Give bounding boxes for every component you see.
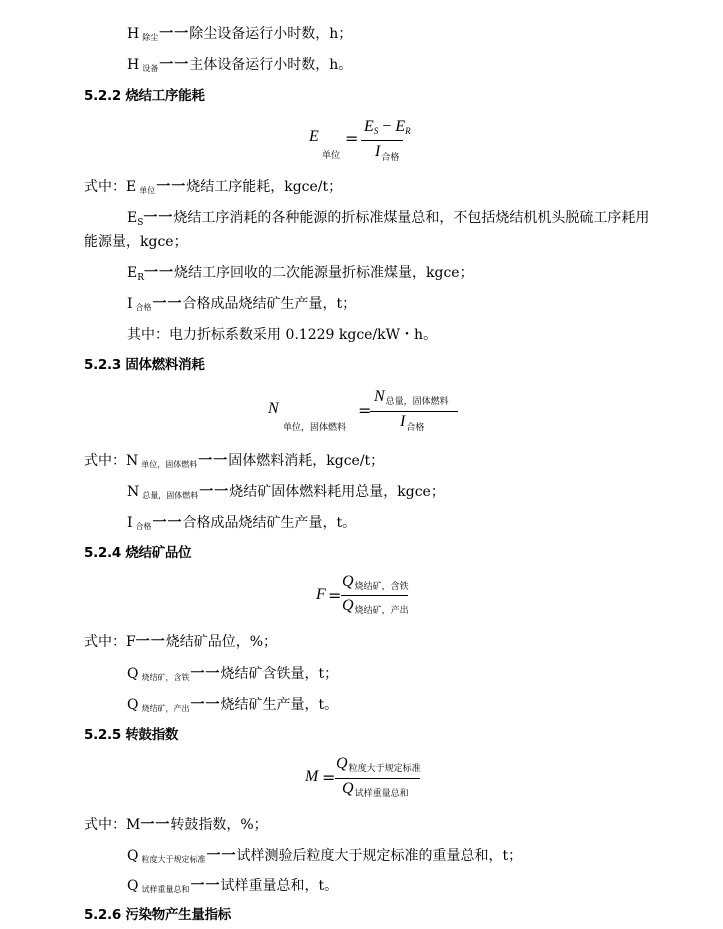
fraction-bar: [335, 778, 420, 779]
formula-lhs: N: [268, 400, 279, 418]
subscript: 试样重量总和: [141, 885, 189, 894]
formula-lhs: F: [316, 586, 326, 604]
def-n-total: N总量，固体燃料一一烧结矿固体燃料耗用总量，kgce；: [127, 483, 445, 505]
formula-num: ES − ER: [364, 118, 411, 136]
subscript: 单位: [139, 186, 155, 195]
section-heading-5-2-3: 5.2.3 固体燃料消耗: [84, 356, 205, 374]
den-sub: 试样重量总和: [355, 788, 409, 798]
fraction-bar: [370, 411, 458, 412]
definition-text: 烧结矿固体燃料耗用总量，kgce；: [229, 484, 445, 500]
prefix: 式中：: [84, 817, 126, 833]
dash: 一一: [159, 57, 189, 73]
definition-text: 试样重量总和，t。: [220, 878, 338, 894]
definition-text: 烧结矿含铁量，t；: [220, 666, 338, 682]
subscript: 烧结矿，含铁: [141, 673, 189, 682]
definition-text: 烧结工序回收的二次能源量折标准煤量，kgce；: [174, 265, 474, 281]
def-i-qualified-2: I合格一一合格成品烧结矿生产量，t。: [127, 514, 356, 536]
subscript: 粒度大于规定标准: [141, 855, 205, 864]
symbol: Q: [127, 878, 138, 894]
fraction-bar: [341, 595, 408, 596]
dash: 一一: [136, 634, 166, 650]
symbol: N: [126, 453, 138, 469]
num: Q: [336, 755, 348, 772]
dash: 一一: [140, 817, 170, 833]
symbol: I: [127, 296, 133, 312]
def-h-dust: H除尘一一除尘设备运行小时数，h；: [127, 25, 352, 47]
note-power-coefficient: 其中：电力折标系数采用 0.1229 kgce/kW・h。: [127, 326, 437, 344]
definition-text: 烧结工序能耗，kgce/t；: [186, 179, 342, 195]
num-b-sub: R: [405, 126, 411, 136]
definition-text: 除尘设备运行小时数，h；: [189, 26, 352, 42]
den: Q: [342, 780, 354, 797]
formula-num: Q烧结矿，含铁: [342, 573, 409, 592]
den: Q: [342, 597, 354, 614]
symbol: Q: [127, 666, 138, 682]
subscript: 合格: [136, 303, 152, 312]
symbol: I: [127, 515, 133, 531]
symbol: M: [126, 817, 140, 833]
symbol: Q: [127, 697, 138, 713]
def-e-s-continued: 能源量，kgce；: [84, 233, 188, 251]
def-q-sample-total: Q试样重量总和一一试样重量总和，t。: [127, 877, 338, 899]
definition-text: 主体设备运行小时数，h。: [189, 57, 352, 73]
dash: 一一: [144, 265, 174, 281]
prefix: 式中：: [84, 453, 126, 469]
formula-num: N总量，固体燃料: [374, 388, 449, 407]
dash: 一一: [190, 697, 220, 713]
definition-text: 试样测验后粒度大于规定标准的重量总和，t；: [236, 848, 522, 864]
dash: 一一: [143, 210, 173, 226]
def-m: 式中：M一一转鼓指数，%；: [84, 816, 268, 834]
num-sub: 烧结矿，含铁: [355, 581, 409, 591]
subscript: 单位，固体燃料: [141, 460, 197, 469]
num-a: E: [364, 118, 374, 135]
num-sub: 粒度大于规定标准: [349, 763, 421, 773]
formula-equals: =: [345, 129, 358, 148]
symbol: E: [127, 265, 137, 281]
def-e-s: ES一一烧结工序消耗的各种能源的折标准煤量总和，不包括烧结机机头脱硫工序耗用: [127, 209, 649, 232]
symbol: E: [127, 210, 137, 226]
def-i-qualified: I合格一一合格成品烧结矿生产量，t；: [127, 295, 356, 317]
subscript: 设备: [142, 64, 158, 73]
symbol: E: [126, 179, 136, 195]
num: Q: [342, 573, 354, 590]
definition-text: 转鼓指数，%；: [170, 817, 267, 833]
dash: 一一: [153, 515, 183, 531]
formula-den: Q试样重量总和: [342, 780, 409, 799]
dash: 一一: [156, 179, 186, 195]
definition-text: 烧结矿生产量，t。: [220, 697, 338, 713]
num-sub: 总量，固体燃料: [386, 396, 449, 406]
def-n-unit: 式中：N单位，固体燃料一一固体燃料消耗，kgce/t；: [84, 452, 384, 474]
fraction-bar: [361, 140, 403, 141]
formula-equals: =: [322, 768, 335, 787]
prefix: 式中：: [84, 634, 126, 650]
symbol: H: [127, 57, 139, 73]
def-q-oversize: Q粒度大于规定标准一一试样测验后粒度大于规定标准的重量总和，t；: [127, 847, 522, 869]
formula-lhs-sub: 单位: [322, 148, 340, 161]
symbol: N: [127, 484, 139, 500]
dash: 一一: [206, 848, 236, 864]
subscript: R: [137, 273, 144, 283]
den-sub: 合格: [381, 152, 399, 162]
num-a-sub: S: [374, 126, 379, 136]
den: I: [400, 413, 405, 430]
section-heading-5-2-4: 5.2.4 烧结矿品位: [84, 544, 191, 562]
def-e-r: ER一一烧结工序回收的二次能源量折标准煤量，kgce；: [127, 264, 474, 287]
symbol: H: [127, 26, 139, 42]
formula-den: I合格: [400, 413, 424, 433]
def-h-equip: H设备一一主体设备运行小时数，h。: [127, 56, 352, 78]
subscript: 烧结矿，产出: [141, 704, 189, 713]
den-sub: 合格: [406, 422, 424, 432]
minus: −: [382, 118, 391, 135]
symbol: Q: [127, 848, 138, 864]
den: I: [375, 143, 380, 160]
subscript: 总量，固体燃料: [142, 491, 198, 500]
definition-text: 烧结工序消耗的各种能源的折标准煤量总和，不包括烧结机机头脱硫工序耗用: [173, 210, 649, 226]
subscript: 合格: [136, 522, 152, 531]
subscript: 除尘: [142, 33, 158, 42]
dash: 一一: [190, 666, 220, 682]
formula-den: Q烧结矿，产出: [342, 597, 409, 616]
symbol: F: [126, 634, 136, 650]
definition-text: 合格成品烧结矿生产量，t。: [183, 515, 357, 531]
def-e-unit: 式中：E单位一一烧结工序能耗，kgce/t；: [84, 178, 342, 200]
dash: 一一: [198, 453, 228, 469]
formula-equals: =: [328, 586, 341, 605]
num-b: E: [395, 118, 405, 135]
num: N: [374, 388, 385, 405]
dash: 一一: [190, 878, 220, 894]
section-heading-5-2-5: 5.2.5 转鼓指数: [84, 726, 178, 744]
section-heading-5-2-2: 5.2.2 烧结工序能耗: [84, 87, 205, 105]
dash: 一一: [199, 484, 229, 500]
formula-num: Q粒度大于规定标准: [336, 755, 421, 774]
den-sub: 烧结矿，产出: [355, 605, 409, 615]
dash: 一一: [153, 296, 183, 312]
formula-lhs: M: [305, 768, 318, 786]
def-q-output: Q烧结矿，产出一一烧结矿生产量，t。: [127, 696, 338, 718]
dash: 一一: [159, 26, 189, 42]
prefix: 式中：: [84, 179, 126, 195]
definition-text: 合格成品烧结矿生产量，t；: [183, 296, 357, 312]
definition-text: 烧结矿品位，%；: [166, 634, 277, 650]
def-q-iron: Q烧结矿，含铁一一烧结矿含铁量，t；: [127, 665, 338, 687]
section-heading-5-2-6: 5.2.6 污染物产生量指标: [84, 906, 231, 924]
def-f: 式中：F一一烧结矿品位，%；: [84, 633, 277, 651]
definition-text: 固体燃料消耗，kgce/t；: [228, 453, 384, 469]
formula-lhs: E: [309, 128, 319, 146]
formula-lhs-sub: 单位，固体燃料: [283, 420, 346, 433]
formula-den: I合格: [375, 143, 399, 163]
